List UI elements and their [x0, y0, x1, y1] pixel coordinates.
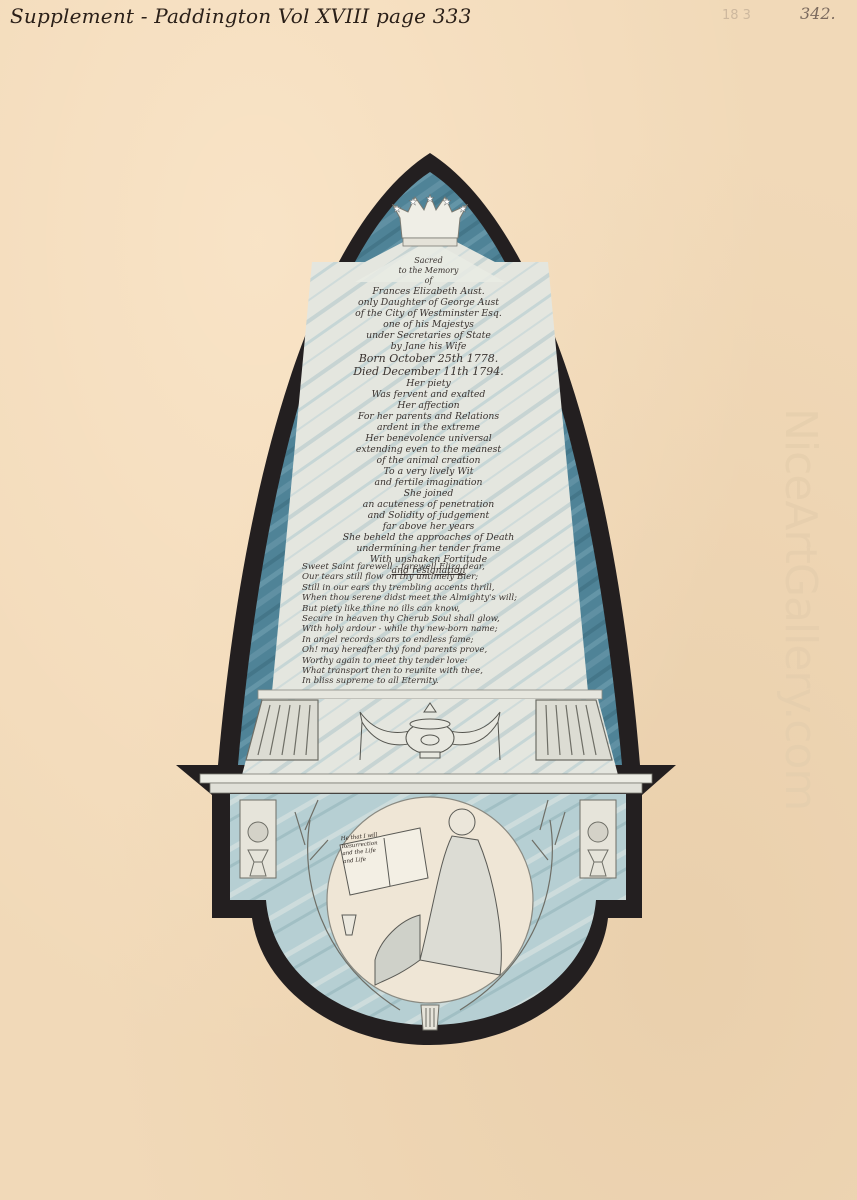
inscription-line: and fertile imagination — [300, 477, 557, 488]
open-book-text: He that I will Resurrection and the Life… — [341, 830, 404, 866]
inscription-line: For her parents and Relations — [300, 411, 557, 422]
inscription-line: and Solidity of judgement — [300, 510, 557, 521]
svg-text:★: ★ — [426, 194, 435, 205]
inscription-line: under Secretaries of State — [300, 330, 557, 341]
svg-text:★: ★ — [409, 197, 418, 208]
inscription-line: one of his Majestys — [300, 319, 557, 330]
inscription-line: ardent in the extreme — [300, 422, 557, 433]
verse-line: In bliss supreme to all Eternity. — [302, 676, 562, 686]
inscription-line: an acuteness of penetration — [300, 499, 557, 510]
inscription-line: only Daughter of George Aust — [300, 297, 557, 308]
inscription-line: extending even to the meanest — [300, 444, 557, 455]
inscription-line: To a very lively Wit — [300, 466, 557, 477]
lyre-pendant-icon — [421, 1005, 439, 1030]
inscription-born-date: Born October 25th 1778. — [300, 352, 557, 365]
inscription-line: Her affection — [300, 400, 557, 411]
inscription-line: by Jane his Wife — [300, 341, 557, 352]
verse-line: Secure in heaven thy Cherub Soul shall g… — [302, 614, 562, 624]
verse-line: In angel records soars to endless fame; — [302, 635, 562, 645]
inscription-line: far above her years — [300, 521, 557, 532]
inscription-line: She joined — [300, 488, 557, 499]
medallion — [327, 797, 533, 1003]
inscription-line: Was fervent and exalted — [300, 389, 557, 400]
inscription-line: Her piety — [300, 378, 557, 389]
inscription-line: of the City of Westminster Esq. — [300, 308, 557, 319]
verse-line: But piety like thine no ills can know, — [302, 604, 562, 614]
verse-line: When thou serene didst meet the Almighty… — [302, 593, 562, 603]
left-urn-panel — [240, 800, 276, 878]
verse-line: Still in our ears thy trembling accents … — [302, 583, 562, 593]
inscription-line: Her benevolence universal — [300, 433, 557, 444]
verse-line: Worthy again to meet thy tender love: — [302, 656, 562, 666]
right-urn-panel — [580, 800, 616, 878]
verse-line: Oh! may hereafter thy fond parents prove… — [302, 645, 562, 655]
inscription-line: undermining her tender frame — [300, 543, 557, 554]
verse-line: Sweet Saint farewell - farewell Eliza de… — [302, 562, 562, 572]
memorial-verse: Sweet Saint farewell - farewell Eliza de… — [302, 562, 562, 687]
inscription-name: Frances Elizabeth Aust. — [300, 286, 557, 297]
verse-line: What transport then to reunite with thee… — [302, 666, 562, 676]
inscription-line: Sacred — [300, 256, 557, 266]
svg-text:★: ★ — [393, 204, 402, 215]
inscription-line: to the Memory — [300, 266, 557, 276]
verse-line: Our tears still flow on thy untimely Bie… — [302, 572, 562, 582]
verse-line: With holy ardour - while thy new-born na… — [302, 624, 562, 634]
memorial-inscription: Sacred to the Memory of Frances Elizabet… — [300, 256, 557, 576]
inscription-line: She beheld the approaches of Death — [300, 532, 557, 543]
svg-text:★: ★ — [443, 197, 452, 208]
watermark-text: NiceArtGallery.com — [776, 408, 826, 788]
inscription-line: of the animal creation — [300, 455, 557, 466]
inscription-line: of — [300, 276, 557, 286]
inscription-died-date: Died December 11th 1794. — [300, 365, 557, 378]
svg-text:★: ★ — [459, 204, 468, 215]
